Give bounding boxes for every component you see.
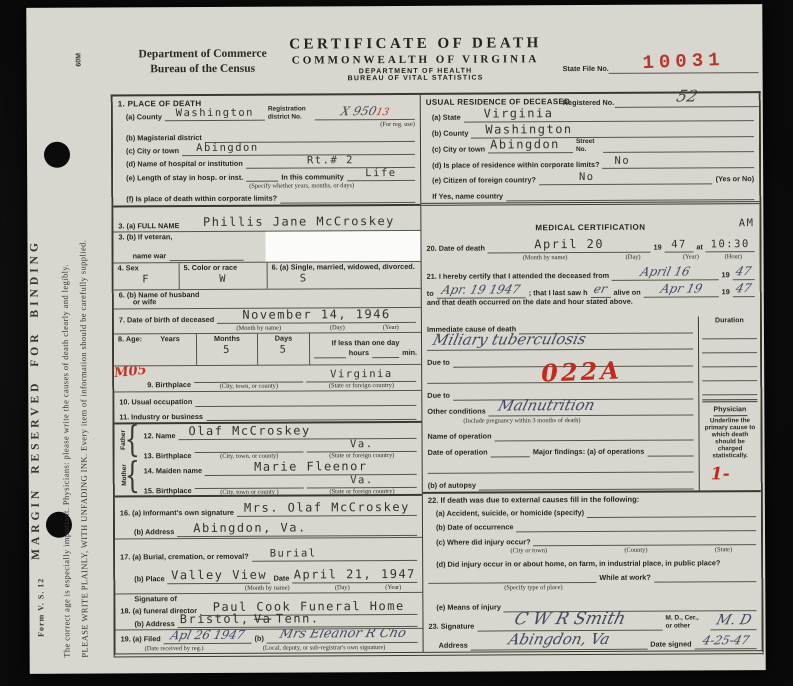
age-hours-label: hours	[349, 349, 369, 358]
attended-to-value: Apr. 19 1947	[441, 283, 522, 297]
duration-divider	[702, 395, 757, 402]
row-attended-statement: 21. I hereby certify that I attended the…	[422, 261, 760, 317]
ext-work-label: While at work?	[599, 574, 651, 583]
medical-cert-header: MEDICAL CERTIFICATION AM	[421, 204, 759, 233]
father-brace: {	[124, 423, 139, 458]
res-city-value: Abingdon	[490, 138, 560, 152]
industry-label: 11. Industry or business	[119, 413, 203, 422]
medical-cert-title: MEDICAL CERTIFICATION	[535, 222, 645, 232]
print-run: 60M	[75, 53, 82, 67]
father-bp-label: 13. Birthplace	[144, 452, 192, 461]
alive-on-value: Apr 19	[659, 282, 704, 296]
section-certifier: (e) Means of injury 23. Signature C W R …	[423, 591, 761, 652]
director-addr-value2: Tenn.	[276, 612, 320, 626]
burial-place-label: (b) Place	[134, 575, 164, 584]
pod-hospital-value: Rt.# 2	[307, 154, 354, 166]
sex-label: 4. Sex	[118, 264, 175, 273]
row-age: 8. Age: Years Months 5 Days 5 If less th…	[114, 333, 421, 366]
res-corp-value: No	[615, 155, 631, 167]
row-spouse: 6. (b) Name of husband or wife	[114, 289, 421, 309]
pod-city-label: (c) City or town	[126, 147, 179, 156]
attended-from-value: April 16	[639, 264, 691, 278]
pod-county-value: Washington	[176, 107, 254, 119]
dob-note1: (Month by name)	[208, 325, 309, 333]
operation-date-label: Date of operation	[428, 449, 488, 458]
registrar-signature: Mrs Eleanor R Cho	[278, 629, 408, 642]
cause-fields: 022A Immediate cause of death Miliary tu…	[422, 316, 699, 492]
certify-yr2: 19	[722, 289, 730, 298]
res-street-label1: Street	[576, 138, 600, 146]
director-addr-label: (b) Address	[134, 620, 174, 629]
dob-note2: (Day)	[312, 325, 362, 332]
margin-instruction-a: PLEASE WRITE PLAINLY, WITH UNFADING INK.…	[77, 240, 89, 658]
duration-label: Duration	[702, 317, 757, 326]
sex-value: F	[118, 273, 175, 285]
dept-line2: Bureau of the Census	[139, 62, 267, 78]
res-county-value: Washington	[485, 122, 572, 136]
pod-community-label: In this community	[281, 173, 343, 182]
dod-note2: (Day)	[597, 254, 670, 261]
section-cause-of-death: 022A Immediate cause of death Miliary tu…	[422, 316, 761, 494]
mother-bp-value: Va.	[350, 474, 374, 486]
race-label: 5. Color or race	[184, 264, 263, 273]
certifier-sig-label: 23. Signature	[428, 623, 474, 632]
due-to-label2: Due to	[427, 392, 450, 401]
autopsy-label: (b) of autopsy	[428, 482, 476, 491]
punch-hole-top	[44, 142, 70, 168]
row-industry: 11. Industry or business	[114, 406, 421, 424]
duration-line	[702, 339, 757, 353]
death-certificate-page: MARGIN RESERVED FOR BINDING Form V. S. 1…	[26, 4, 765, 674]
right-column: USUAL RESIDENCE OF DECEASED (a) State Vi…	[421, 93, 762, 652]
regdist-value: X 950	[339, 104, 378, 118]
certificate-form: 1. PLACE OF DEATH (a) County Washington …	[111, 91, 764, 657]
left-column: 1. PLACE OF DEATH (a) County Washington …	[113, 95, 424, 654]
section-place-of-death: 1. PLACE OF DEATH (a) County Washington …	[113, 95, 421, 207]
informant-sig-value: Mrs. Olaf McCroskey	[244, 500, 410, 515]
state-file-number-stamp: 10031	[642, 49, 725, 74]
birthplace-value: Virginia	[330, 368, 393, 380]
duration-line	[702, 381, 757, 395]
age-months-value: 5	[201, 344, 253, 356]
certifier-signature: C W R Smith	[512, 609, 627, 630]
date-signed-label: Date signed	[650, 641, 691, 650]
row-informant: 16. (a) Informant's own signature Mrs. O…	[115, 496, 422, 540]
burial-note2: (Day)	[318, 584, 366, 591]
burial-date-value: April 21, 1947	[294, 567, 416, 582]
age-min-label: min.	[402, 349, 417, 358]
dod-hour-value: 10:30	[711, 238, 750, 250]
regdist-label1: Registration	[268, 105, 312, 113]
mother-brace: {	[125, 458, 140, 494]
photo-background: MARGIN RESERVED FOR BINDING Form V. S. 1…	[0, 0, 793, 686]
regdist-red-mark: 13	[375, 107, 390, 118]
burial-type-value: Burial	[270, 547, 317, 559]
row-burial: 17. (a) Burial, cremation, or removal? B…	[115, 538, 422, 594]
pod-community-value: Life	[365, 167, 396, 179]
birthplace-label: 9. Birthplace	[147, 381, 191, 390]
duration-line	[702, 325, 757, 339]
res-street-label2: No.	[576, 146, 600, 154]
marital-value: S	[300, 272, 417, 285]
dod-note1: (Month by name)	[496, 254, 593, 262]
age-months-label: Months	[201, 335, 253, 344]
registrar-note: (Local, deputy, or sub-registrar's own s…	[231, 644, 418, 652]
res-county-label: (b) County	[432, 129, 469, 138]
dod-year-printed: 19	[653, 244, 661, 253]
underline-instruction: Underline the primary cause to which dea…	[702, 419, 757, 461]
race-value: W	[184, 273, 263, 285]
ext-d-note: (Specify type of place)	[471, 584, 597, 592]
mother-name-label: 14. Maiden name	[144, 467, 202, 476]
margin-binding-text: MARGIN RESERVED FOR BINDING	[28, 239, 42, 560]
certificate-title: CERTIFICATE OF DEATH	[260, 35, 570, 54]
burial-note1: (Month by name)	[219, 584, 315, 592]
mother-name-value: Marie Fleenor	[254, 459, 367, 474]
mother-bp-note1: (City, town or county )	[195, 488, 305, 496]
dod-note3: (Year)	[673, 254, 710, 261]
mother-bp-note2: (State or foreign country)	[307, 487, 417, 495]
age-days-label: Days	[262, 335, 305, 344]
certifier-addr-value: Abingdon, Va	[507, 630, 612, 649]
other-conditions-value: Malnutrition	[497, 396, 597, 415]
immediate-cause-value: Miliary tuberculosis	[431, 330, 588, 349]
row-funeral-director: Signature of 18. (a) funeral director Pa…	[115, 592, 422, 630]
row-date-of-birth: 7. Date of birth of deceased November 14…	[114, 308, 421, 335]
row-full-name: 3. (a) FULL NAME Phillis Jane McCroskey	[113, 206, 420, 233]
dod-year-value: 47	[671, 239, 687, 251]
pod-city-value: Abingdon	[196, 142, 259, 154]
filed-note: (Date received by reg.)	[121, 645, 228, 653]
duration-column: Duration Physician Underline the primary…	[698, 316, 761, 490]
am-marker: AM	[739, 217, 755, 229]
full-name-label: 3. (a) FULL NAME	[118, 222, 179, 231]
other-conditions-label: Other conditions	[427, 408, 485, 417]
res-citizen-value: No	[579, 171, 595, 183]
occupation-label: 10. Usual occupation	[119, 398, 192, 407]
burial-note3: (Year)	[369, 583, 417, 590]
dod-at-label: at	[696, 244, 703, 253]
birthplace-note1: (City, town, or county)	[194, 382, 304, 390]
form-number: Form V. S. 12	[36, 578, 45, 637]
row-filed: 19. (a) Filed Apl 26 1947 (b) Mrs Eleano…	[116, 629, 423, 653]
operation-name-label: Name of operation	[427, 432, 491, 441]
bureau-vital-stats: BUREAU OF VITAL STATISTICS	[261, 74, 571, 83]
age-years-label: Years	[148, 335, 192, 344]
father-name-label: 12. Name	[143, 432, 175, 441]
res-city-label: (c) City or town	[432, 145, 485, 154]
spouse-label2: or wife	[133, 298, 157, 307]
dept-line1: Department of Commerce	[138, 47, 266, 63]
certificate-body: Department of Commerce Bureau of the Cen…	[110, 4, 763, 673]
dob-value: November 14, 1946	[242, 308, 390, 323]
res-country-label: If Yes, name country	[432, 193, 503, 202]
md-value: M. D	[715, 612, 753, 628]
commonwealth-subtitle: COMMONWEALTH OF VIRGINIA	[261, 53, 571, 67]
md-label1: M. D., Cer.,	[665, 615, 707, 623]
dod-value: April 20	[534, 237, 604, 251]
res-state-value: Virginia	[484, 106, 554, 120]
dob-note3: (Year)	[366, 324, 416, 331]
certifier-addr-label: Address	[439, 642, 468, 651]
age-days-value: 5	[262, 344, 305, 356]
md-label2: or other	[665, 622, 707, 630]
pod-magisterial-label: (b) Magisterial district	[126, 134, 202, 143]
pod-county-label: (a) County	[126, 113, 162, 122]
father-name-value: Olaf McCroskey	[188, 424, 310, 439]
father-bp-value: Va.	[350, 439, 374, 451]
age-label: 8. Age:	[118, 336, 142, 365]
row-occupation: 10. Usual occupation	[114, 391, 421, 408]
row-birthplace: M05 9. Birthplace (City, town, or county…	[114, 365, 421, 392]
informant-addr-label: (b) Address	[134, 529, 174, 538]
cause-code-stamp: 022A	[541, 355, 623, 387]
res-citizen-note: (Yes or No)	[716, 175, 755, 184]
regdist-label2: district No.	[268, 113, 312, 121]
filed-date-value: Apl 26 1947	[169, 629, 246, 642]
veteran-label2: name war	[133, 253, 167, 262]
attended-from-year: 47	[735, 264, 754, 278]
duration-line	[702, 367, 757, 381]
section-residence: USUAL RESIDENCE OF DECEASED (a) State Vi…	[421, 93, 760, 206]
burial-date-label: Date	[274, 574, 290, 583]
director-addr-struck: Va	[254, 612, 272, 626]
mother-bp-label: 15. Birthplace	[144, 487, 192, 496]
full-name-value: Phillis Jane McCroskey	[203, 214, 395, 229]
state-file-label: State File No.	[563, 65, 609, 74]
redaction-box	[265, 231, 420, 261]
primary-cause-mark: 1-	[711, 464, 758, 484]
saw-her: er	[593, 282, 609, 296]
row-date-of-death: 20. Date of death April 20 19 47 at 10:3…	[421, 232, 759, 263]
dod-label: 20. Date of death	[427, 245, 485, 254]
physician-label: Physician	[713, 406, 747, 417]
certify-line3: and that death occurred on the date and …	[427, 298, 633, 308]
informant-addr-value: Abingdon, Va.	[193, 521, 306, 536]
filed-label: 19. (a) Filed	[121, 635, 161, 644]
duration-line	[702, 353, 757, 367]
birthplace-note2: (State or foreign country)	[307, 382, 417, 390]
dod-note4: (Hour)	[712, 253, 755, 260]
row-veteran: 3. (b) If veteran, name war	[113, 231, 420, 263]
due-to-label1: Due to	[427, 359, 450, 368]
date-signed-value: 4-25-47	[701, 633, 751, 647]
pod-corp-label: (f) Is place of death within corporate l…	[126, 195, 277, 205]
issuing-department: Department of Commerce Bureau of the Cen…	[138, 47, 266, 78]
director-addr-value1: Bristol,	[180, 612, 250, 626]
burial-place-value: Valley View	[171, 567, 267, 582]
row-sex-race-marital: 4. Sex F 5. Color or race W 6. (a) Singl…	[114, 262, 421, 290]
margin-instruction-b: The correct age is especially important.…	[60, 264, 72, 658]
section-external-causes: 22. If death was due to external causes …	[423, 492, 762, 593]
certify-yr1: 19	[722, 271, 730, 280]
res-state-label: (a) State	[432, 114, 461, 123]
section-parents: Father { 12. Name Olaf McCroskey 13. Bir…	[114, 423, 421, 497]
ext-b-label: (b) Date of occurrence	[436, 524, 513, 533]
filed-b-label: (b)	[255, 635, 264, 644]
alive-on-year: 47	[735, 281, 754, 295]
certificate-title-block: CERTIFICATE OF DEATH COMMONWEALTH OF VIR…	[260, 35, 570, 83]
